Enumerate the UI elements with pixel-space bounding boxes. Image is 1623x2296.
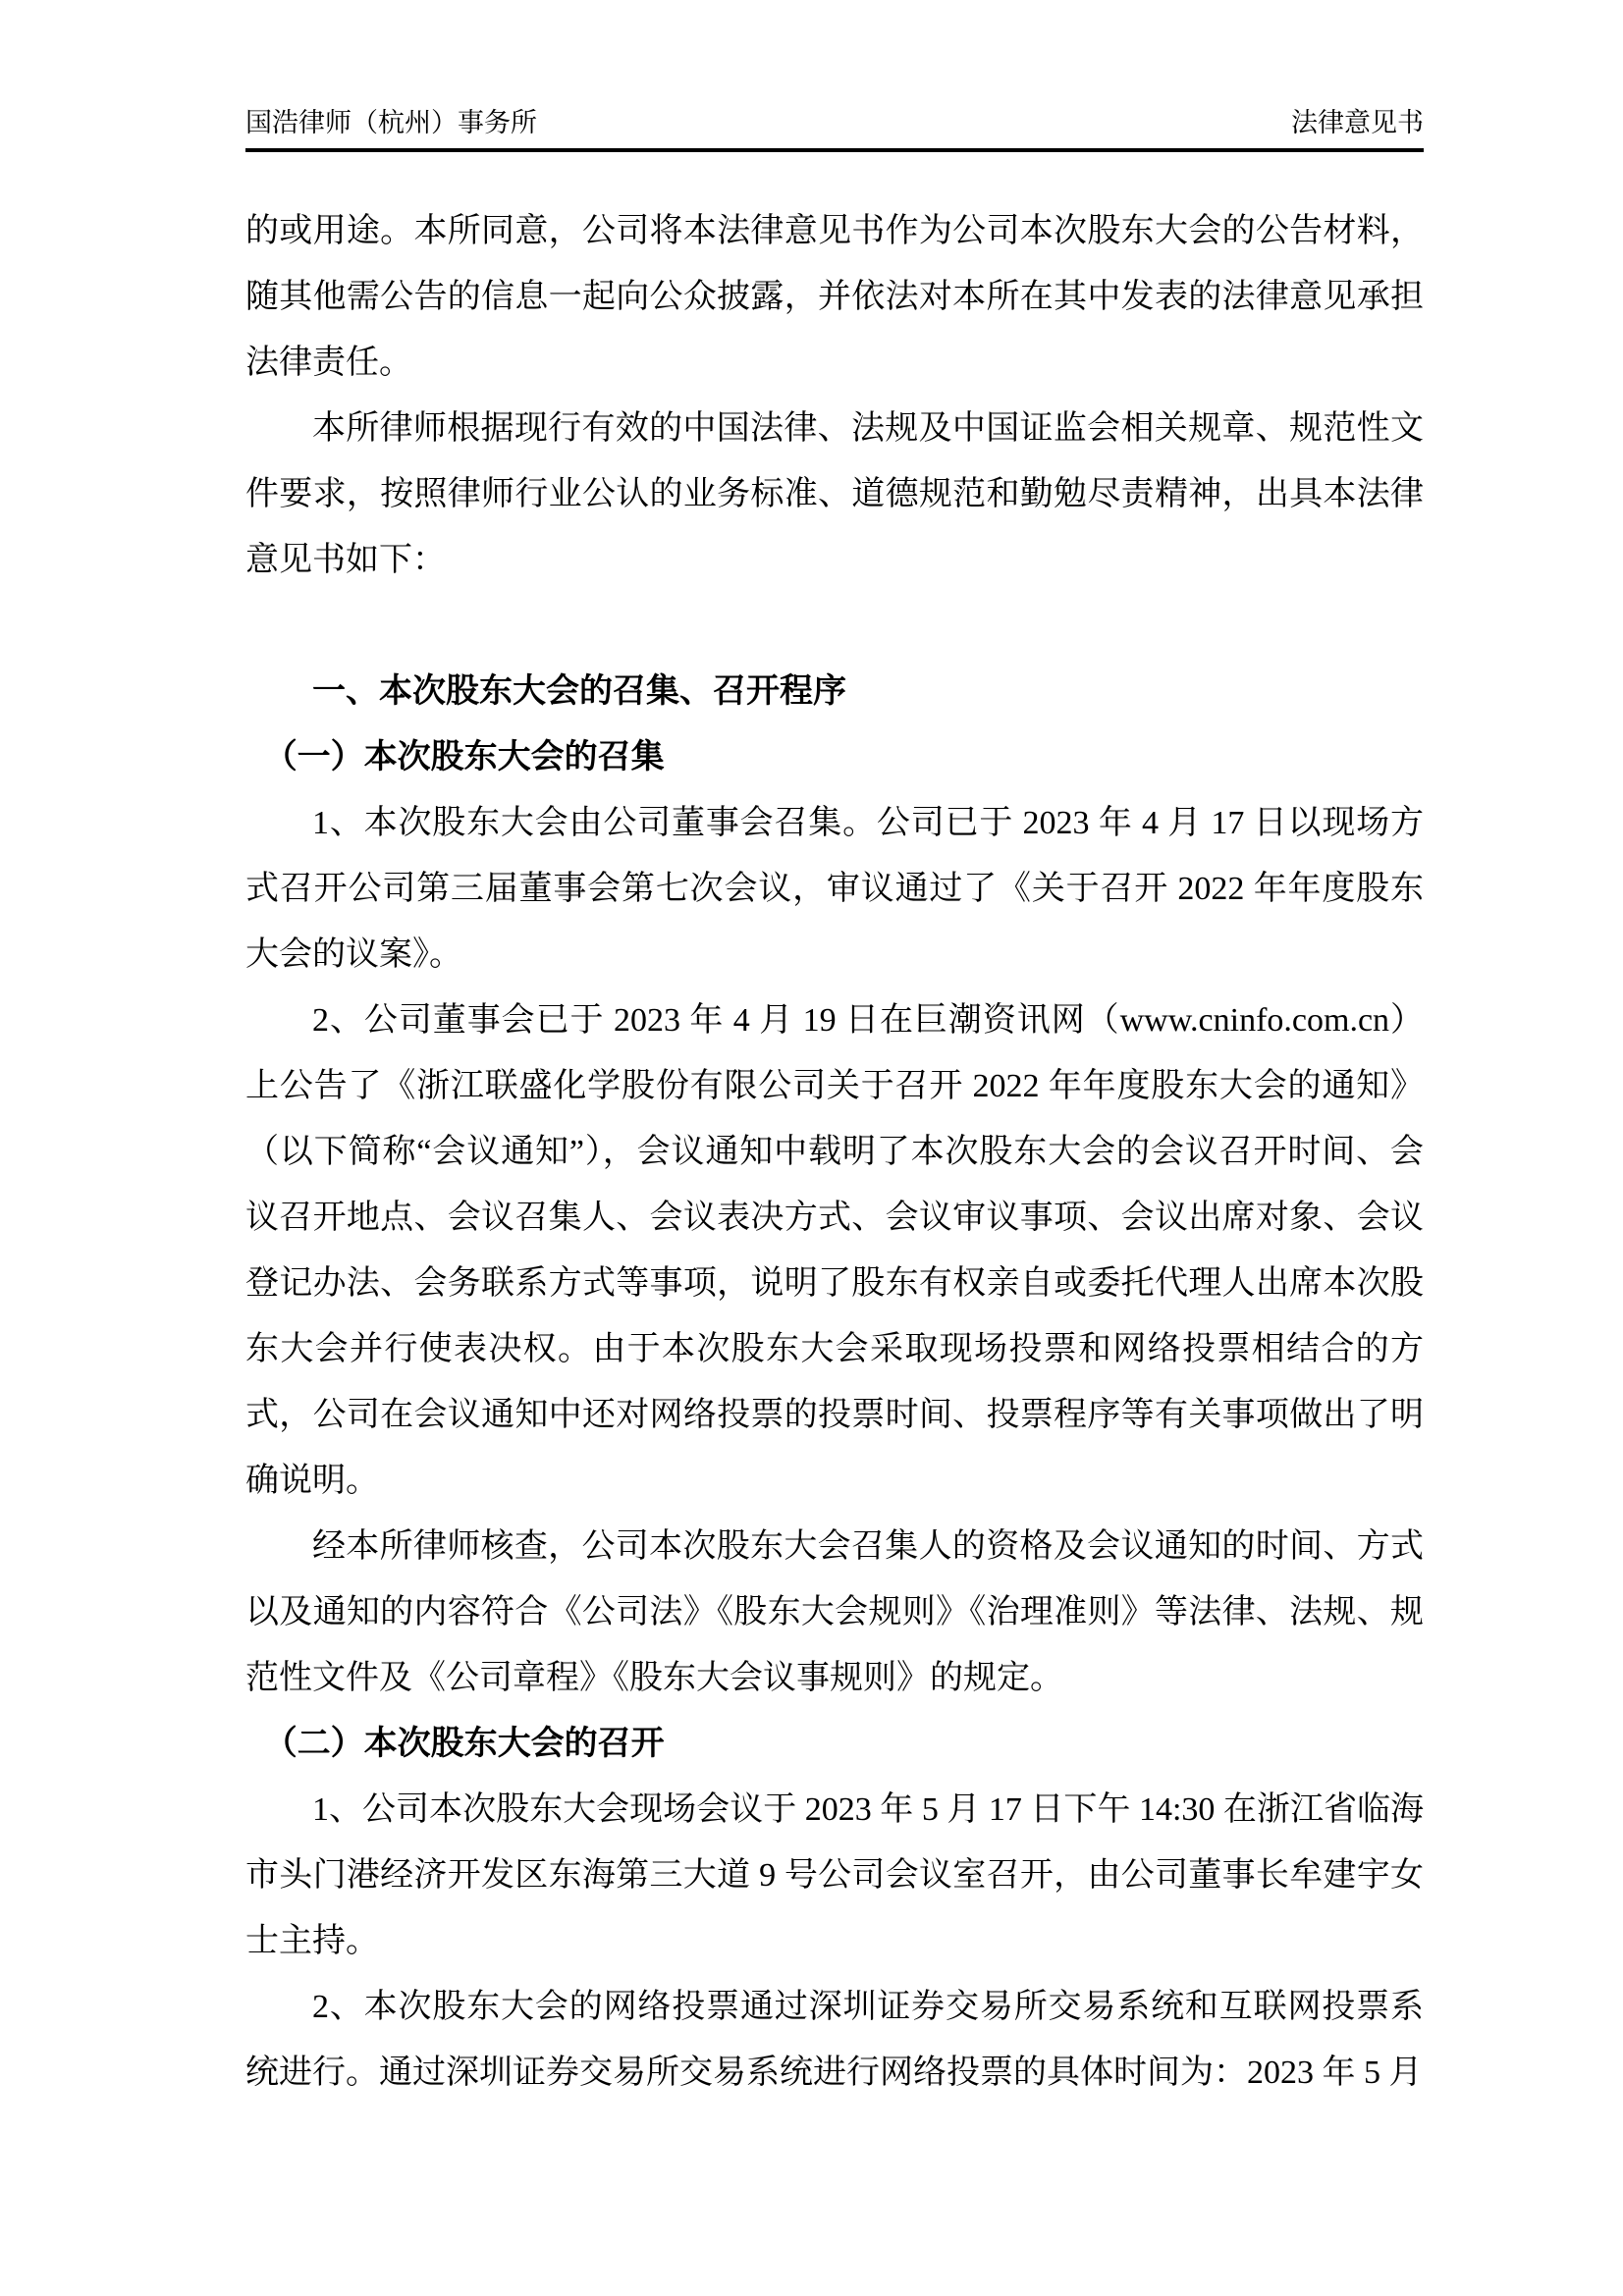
- paragraph-lawyer-verification: 经本所律师核查，公司本次股东大会召集人的资格及会议通知的时间、方式以及通知的内容…: [245, 1514, 1424, 1711]
- paragraph-board-convened: 1、本次股东大会由公司董事会召集。公司已于 2023 年 4 月 17 日以现场…: [245, 790, 1424, 988]
- subsection-heading-holding: （二）本次股东大会的召开: [245, 1711, 1424, 1777]
- header-row: 国浩律师（杭州）事务所 法律意见书: [245, 104, 1424, 148]
- header-rule: [245, 148, 1424, 152]
- document-page: 国浩律师（杭州）事务所 法律意见书 的或用途。本所同意，公司将本法律意见书作为公…: [0, 0, 1623, 2296]
- paragraph-notice-announcement: 2、公司董事会已于 2023 年 4 月 19 日在巨潮资讯网（www.cnin…: [245, 988, 1424, 1514]
- paragraph-online-voting: 2、本次股东大会的网络投票通过深圳证券交易所交易系统和互联网投票系统进行。通过深…: [245, 1974, 1424, 2106]
- subsection-heading-convening: （一）本次股东大会的召集: [245, 724, 1424, 790]
- header-firm-name: 国浩律师（杭州）事务所: [245, 104, 537, 141]
- blank-line: [245, 593, 1424, 659]
- paragraph-continuation-liability: 的或用途。本所同意，公司将本法律意见书作为公司本次股东大会的公告材料，随其他需公…: [245, 198, 1424, 396]
- section-heading-convening-procedures: 一、本次股东大会的召集、召开程序: [245, 659, 1424, 724]
- paragraph-lawyer-basis: 本所律师根据现行有效的中国法律、法规及中国证监会相关规章、规范性文件要求，按照律…: [245, 396, 1424, 593]
- page-header: 国浩律师（杭州）事务所 法律意见书: [245, 104, 1424, 152]
- header-doc-type: 法律意见书: [1291, 104, 1424, 141]
- paragraph-onsite-meeting: 1、公司本次股东大会现场会议于 2023 年 5 月 17 日下午 14:30 …: [245, 1777, 1424, 1974]
- document-body: 的或用途。本所同意，公司将本法律意见书作为公司本次股东大会的公告材料，随其他需公…: [245, 198, 1424, 2106]
